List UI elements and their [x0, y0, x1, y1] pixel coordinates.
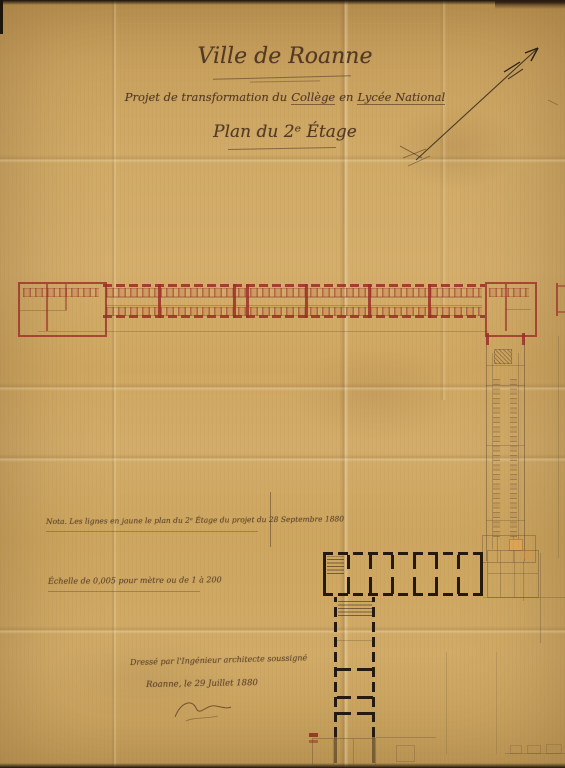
cross-wall	[158, 284, 161, 318]
pencil-box	[510, 745, 522, 754]
reference-line	[558, 336, 559, 558]
corridor-line	[106, 305, 482, 306]
pencil-box	[396, 745, 415, 762]
cross-line	[486, 445, 525, 446]
cross-wall	[305, 284, 308, 318]
scan-edge-bottom	[0, 763, 565, 768]
cross-wall	[337, 696, 351, 699]
cross-wall	[369, 555, 372, 569]
courtyard-boundary-line	[38, 331, 488, 332]
north-arrow-icon	[398, 38, 565, 173]
title-project-college: Collège	[291, 90, 335, 105]
cross-wall	[391, 555, 394, 569]
south-wing-west-wall	[334, 597, 337, 737]
interior-line	[500, 551, 501, 597]
cross-wall	[413, 577, 416, 594]
scan-edge-corner	[495, 0, 565, 9]
fold-crease-horizontal	[0, 626, 565, 634]
title-city: Ville de Roanne	[170, 44, 400, 69]
cross-wall	[233, 284, 236, 318]
reference-line	[483, 597, 565, 598]
interior-line	[20, 310, 67, 311]
reference-line	[540, 553, 541, 643]
cross-wall	[368, 284, 371, 318]
main-wing-plan	[18, 282, 565, 334]
pencil-rooms	[312, 738, 376, 766]
pencil-box	[546, 744, 562, 754]
cross-wall	[457, 555, 460, 569]
pencil-rooms	[487, 550, 539, 598]
scan-edge-top	[0, 0, 565, 5]
window-pier-row	[489, 288, 529, 297]
cross-wall	[369, 577, 372, 594]
scan-edge-left	[0, 0, 3, 34]
cross-wall	[246, 284, 249, 318]
nota-underline	[46, 531, 258, 532]
window-pier-column	[510, 379, 517, 537]
title-floor: Plan du 2ᵉ Étage	[190, 122, 380, 142]
wall-stub	[558, 311, 565, 313]
right-pavilion	[485, 282, 537, 337]
reference-line	[376, 737, 436, 738]
signature-place-date: Roanne, le 29 Juillet 1880	[142, 678, 262, 690]
scale-annotation: Échelle de 0,005 pour mètre ou de 1 à 20…	[48, 575, 228, 586]
interior-line	[353, 739, 354, 765]
red-wall-stub	[309, 740, 318, 743]
left-pavilion	[18, 282, 107, 337]
cross-wall	[457, 577, 460, 594]
interior-line	[514, 551, 515, 597]
corridor-line	[106, 297, 482, 298]
cross-wall	[391, 577, 394, 594]
reference-line	[446, 652, 447, 754]
title-project-prefix: Projet de transformation du	[125, 90, 287, 105]
south-wing-end-wall	[480, 552, 483, 596]
ink-reference-line	[270, 492, 271, 547]
paper-stain	[290, 345, 460, 440]
wall-stub	[558, 285, 565, 287]
wing-wall	[524, 333, 525, 561]
cross-line	[486, 520, 525, 521]
cross-wall	[347, 555, 350, 569]
east-wing-plan	[486, 333, 526, 561]
cross-wall	[337, 712, 351, 715]
cross-wall	[357, 668, 373, 671]
south-wing-end-wall	[323, 552, 326, 596]
cross-wall	[357, 696, 373, 699]
cross-line	[486, 385, 525, 386]
cross-wall	[435, 577, 438, 594]
cross-wall	[337, 668, 351, 671]
title-project-en: en	[339, 90, 353, 105]
plan-sheet: Ville de Roanne Projet de transformation…	[0, 0, 565, 768]
cross-wall	[413, 555, 416, 569]
cross-line	[486, 365, 525, 366]
window-pier-row	[23, 288, 99, 297]
red-wall-stub	[309, 733, 318, 737]
edge-building-fragment	[556, 283, 565, 316]
stair-hatch	[338, 599, 372, 616]
cross-wall	[347, 577, 350, 594]
cross-line	[337, 640, 373, 641]
cross-wall	[357, 712, 373, 715]
window-pier-column	[493, 379, 500, 537]
stair-hatch	[327, 556, 344, 574]
scale-underline	[48, 591, 200, 592]
signature-flourish	[172, 697, 234, 725]
reference-line	[496, 652, 497, 754]
interior-line	[488, 573, 538, 574]
wall-stub	[486, 333, 489, 345]
cross-wall	[435, 555, 438, 569]
cross-wall	[428, 284, 431, 318]
interior-line	[505, 309, 531, 310]
wall-stub	[522, 333, 525, 345]
stair-hatch	[494, 349, 512, 364]
window-pier-row	[106, 288, 482, 297]
fold-crease-horizontal	[0, 383, 565, 391]
pencil-box	[527, 745, 541, 754]
fold-crease-horizontal	[0, 454, 565, 462]
interior-line	[333, 739, 334, 765]
wing-wall	[486, 333, 487, 561]
south-wing-east-wall	[372, 597, 375, 737]
